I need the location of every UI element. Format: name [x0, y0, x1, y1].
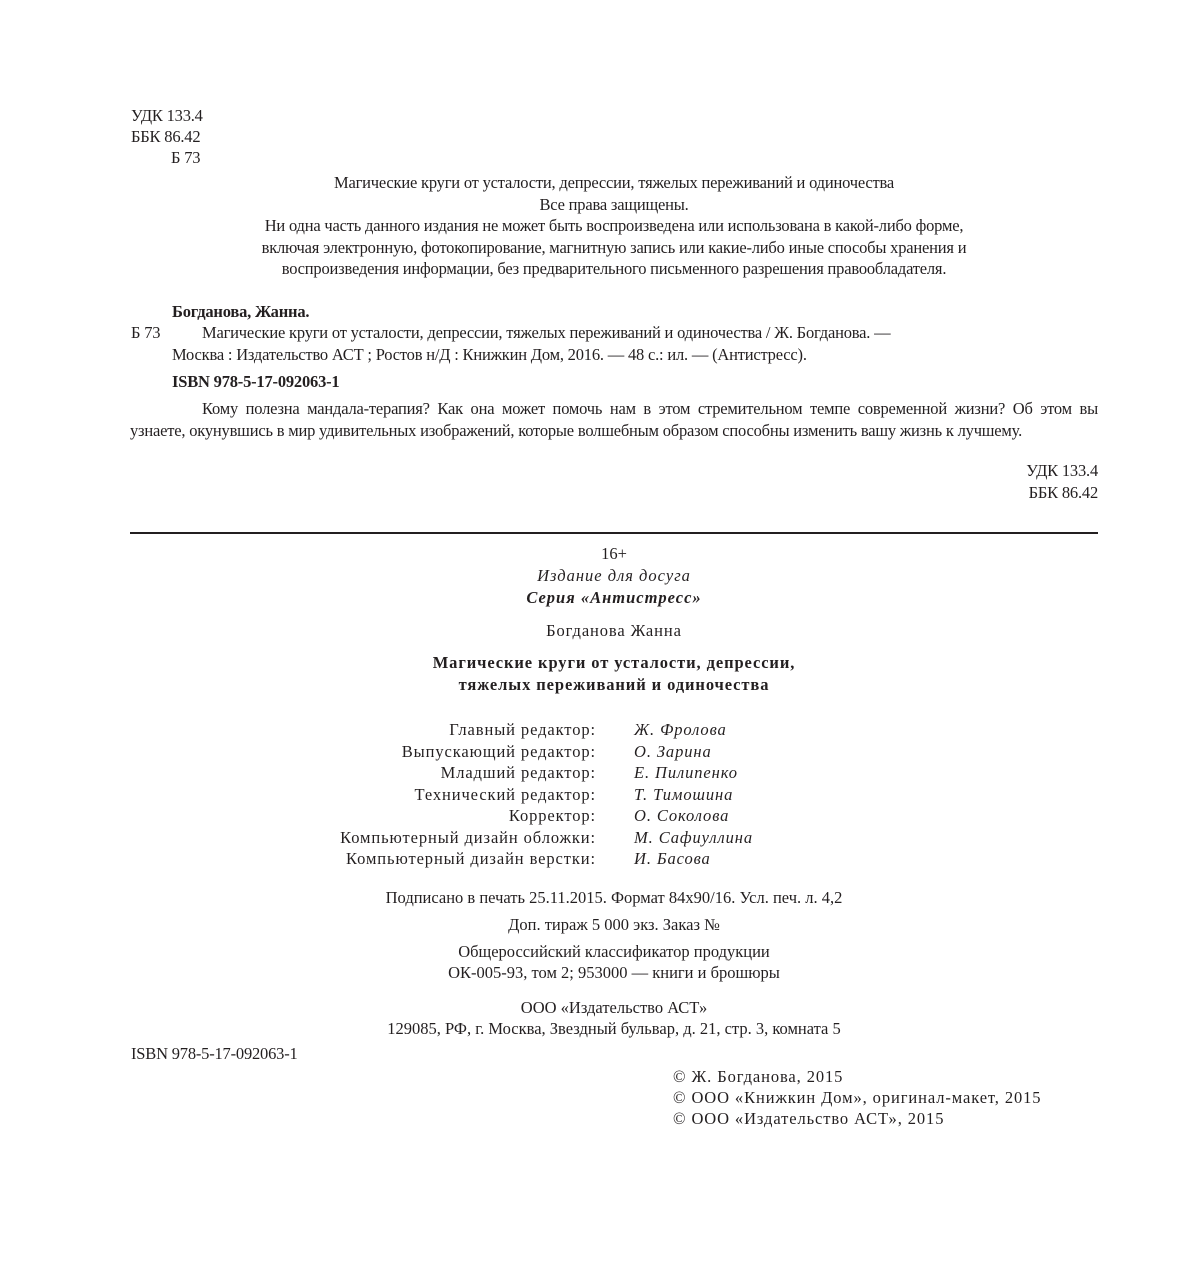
credits-list: Главный редактор: Ж. Фролова Выпускающий…	[130, 719, 1098, 870]
credit-name: О. Зарина	[634, 741, 712, 762]
series-name: Серия «Антистресс»	[130, 587, 1098, 609]
rights-line: включая электронную, фотокопирование, ма…	[130, 237, 1098, 259]
signed-for-print: Подписано в печать 25.11.2015. Формат 84…	[130, 887, 1098, 908]
age-rating: 16+	[130, 543, 1098, 565]
bib-author-heading: Богданова, Жанна.	[172, 301, 309, 322]
publisher-name: ООО «Издательство АСТ»	[130, 997, 1098, 1018]
bbk-code: ББК 86.42	[1026, 482, 1098, 504]
credit-role: Компьютерный дизайн верстки:	[346, 848, 596, 869]
rights-title: Магические круги от усталости, депрессии…	[130, 172, 1098, 194]
publisher-info: ООО «Издательство АСТ» 129085, РФ, г. Мо…	[130, 997, 1098, 1039]
classifier-line: ОК-005-93, том 2; 953000 — книги и брошю…	[130, 962, 1098, 983]
credit-row: Главный редактор: Ж. Фролова	[130, 719, 1098, 741]
copyright-line: © ООО «Издательство АСТ», 2015	[673, 1108, 1041, 1129]
title-line: тяжелых переживаний и одиночества	[130, 674, 1098, 696]
all-rights-reserved: Все права защищены.	[130, 194, 1098, 216]
credit-row: Компьютерный дизайн верстки: И. Басова	[130, 848, 1098, 870]
copyright-notices: © Ж. Богданова, 2015 © ООО «Книжкин Дом»…	[673, 1066, 1041, 1129]
credit-role: Технический редактор:	[415, 784, 596, 805]
annotation-paragraph: Кому полезна мандала-терапия? Как она мо…	[130, 398, 1098, 442]
print-info: Подписано в печать 25.11.2015. Формат 84…	[130, 887, 1098, 983]
credit-name: Т. Тимошина	[634, 784, 733, 805]
credit-name: М. Сафиуллина	[634, 827, 753, 848]
bib-title-line: Магические круги от усталости, депрессии…	[202, 322, 1098, 343]
credit-name: Ж. Фролова	[634, 719, 727, 740]
rights-line: Ни одна часть данного издания не может б…	[130, 215, 1098, 237]
credit-role: Выпускающий редактор:	[402, 741, 596, 762]
credit-role: Корректор:	[509, 805, 596, 826]
edition-type: Издание для досуга	[130, 565, 1098, 587]
credit-row: Корректор: О. Соколова	[130, 805, 1098, 827]
credit-name: И. Басова	[634, 848, 711, 869]
circulation: Доп. тираж 5 000 экз. Заказ №	[130, 914, 1098, 935]
bib-isbn: ISBN 978-5-17-092063-1	[172, 371, 339, 392]
credit-row: Компьютерный дизайн обложки: М. Сафиулли…	[130, 827, 1098, 849]
credit-row: Технический редактор: Т. Тимошина	[130, 784, 1098, 806]
credit-role: Главный редактор:	[449, 719, 596, 740]
udk-classification-top: УДК 133.4 ББК 86.42 Б 73	[131, 105, 203, 168]
copyright-line: © Ж. Богданова, 2015	[673, 1066, 1041, 1087]
section-divider	[130, 532, 1098, 534]
copyright-line: © ООО «Книжкин Дом», оригинал-макет, 201…	[673, 1087, 1041, 1108]
imprint-author: Богданова Жанна	[130, 620, 1098, 642]
udk-code: УДК 133.4	[1026, 460, 1098, 482]
credit-name: Е. Пилипенко	[634, 762, 738, 783]
isbn: ISBN 978-5-17-092063-1	[131, 1043, 298, 1064]
credit-role: Компьютерный дизайн обложки:	[340, 827, 596, 848]
author-cipher: Б 73	[131, 147, 203, 168]
rights-line: воспроизведения информации, без предвари…	[130, 258, 1098, 280]
classifier-line: Общероссийский классификатор продукции	[130, 941, 1098, 962]
bib-cipher: Б 73	[131, 322, 160, 343]
title-line: Магические круги от усталости, депрессии…	[130, 652, 1098, 674]
imprint-title: Магические круги от усталости, депрессии…	[130, 652, 1098, 696]
udk-classification-bottom: УДК 133.4 ББК 86.42	[1026, 460, 1098, 504]
imprint-block: 16+ Издание для досуга Серия «Антистресс…	[130, 543, 1098, 696]
bib-publication-line: Москва : Издательство АСТ ; Ростов н/Д :…	[172, 344, 807, 365]
rights-notice: Магические круги от усталости, депрессии…	[130, 172, 1098, 280]
publisher-address: 129085, РФ, г. Москва, Звездный бульвар,…	[130, 1018, 1098, 1039]
bbk-code: ББК 86.42	[131, 126, 203, 147]
credit-row: Выпускающий редактор: О. Зарина	[130, 741, 1098, 763]
credit-role: Младший редактор:	[441, 762, 596, 783]
udk-code: УДК 133.4	[131, 105, 203, 126]
credit-row: Младший редактор: Е. Пилипенко	[130, 762, 1098, 784]
credit-name: О. Соколова	[634, 805, 729, 826]
